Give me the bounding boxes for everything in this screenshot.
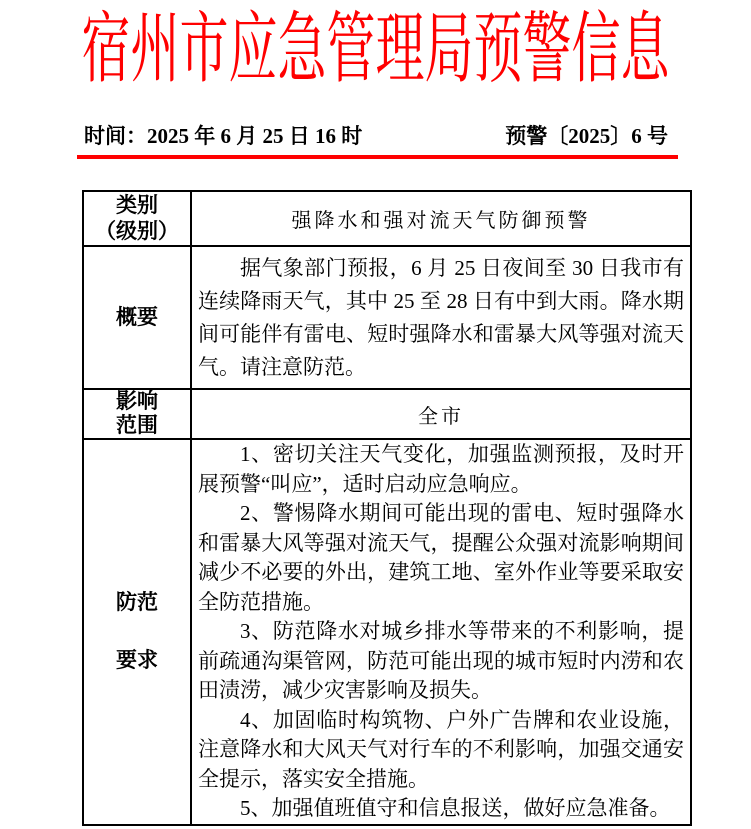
summary-paragraph: 据气象部门预报，6 月 25 日夜间至 30 日我市有连续降雨天气，其中 25 … (198, 252, 684, 384)
table-row-category: 类别 （级别） 强降水和强对流天气防御预警 (83, 191, 691, 246)
measure-item-2: 2、警惕降水期间可能出现的雷电、短时强降水和雷暴大风等强对流天气，提醒公众强对流… (198, 499, 684, 617)
warning-document-page: 宿州市应急管理局预警信息 时间：2025 年 6 月 25 日 16 时 预警〔… (0, 0, 751, 829)
measure-item-5: 5、加强值班值守和信息报送，做好应急准备。 (198, 794, 684, 824)
document-title: 宿州市应急管理局预警信息 (81, 10, 669, 89)
warning-info-table: 类别 （级别） 强降水和强对流天气防御预警 概要 据气象部门预报，6 月 25 … (82, 190, 692, 826)
measure-item-1: 1、密切关注天气变化，加强监测预报，及时开展预警“叫应”，适时启动应急响应。 (198, 440, 684, 499)
measures-label-line2: 要求 (86, 648, 188, 674)
scope-value-cell: 全市 (191, 389, 691, 439)
summary-value-cell: 据气象部门预报，6 月 25 日夜间至 30 日我市有连续降雨天气，其中 25 … (191, 246, 691, 389)
summary-label-cell: 概要 (83, 246, 191, 389)
scope-label-line1: 影响 (86, 390, 188, 414)
category-label-cell: 类别 （级别） (83, 191, 191, 246)
scope-label-line2: 范围 (86, 414, 188, 438)
table-row-measures: 防范 要求 1、密切关注天气变化，加强监测预报，及时开展预警“叫应”，适时启动应… (83, 439, 691, 825)
measures-value-cell: 1、密切关注天气变化，加强监测预报，及时开展预警“叫应”，适时启动应急响应。 2… (191, 439, 691, 825)
document-number: 预警〔2025〕6 号 (505, 123, 668, 150)
scope-label-cell: 影响 范围 (83, 389, 191, 439)
issue-time: 时间：2025 年 6 月 25 日 16 时 (84, 123, 362, 150)
measures-label-cell: 防范 要求 (83, 439, 191, 825)
red-divider (77, 155, 678, 159)
measure-item-3: 3、防范降水对城乡排水等带来的不利影响，提前疏通沟渠管网，防范可能出现的城市短时… (198, 617, 684, 706)
table-row-scope: 影响 范围 全市 (83, 389, 691, 439)
measure-item-4: 4、加固临时构筑物、户外广告牌和农业设施，注意降水和大风天气对行车的不利影响，加… (198, 706, 684, 795)
category-label-line1: 类别 (86, 193, 188, 219)
measures-label-line1: 防范 (86, 590, 188, 616)
document-title-wrap: 宿州市应急管理局预警信息 (0, 10, 751, 60)
category-value-cell: 强降水和强对流天气防御预警 (191, 191, 691, 246)
table-row-summary: 概要 据气象部门预报，6 月 25 日夜间至 30 日我市有连续降雨天气，其中 … (83, 246, 691, 389)
meta-row: 时间：2025 年 6 月 25 日 16 时 预警〔2025〕6 号 (84, 123, 668, 150)
category-label-line2: （级别） (86, 219, 188, 245)
